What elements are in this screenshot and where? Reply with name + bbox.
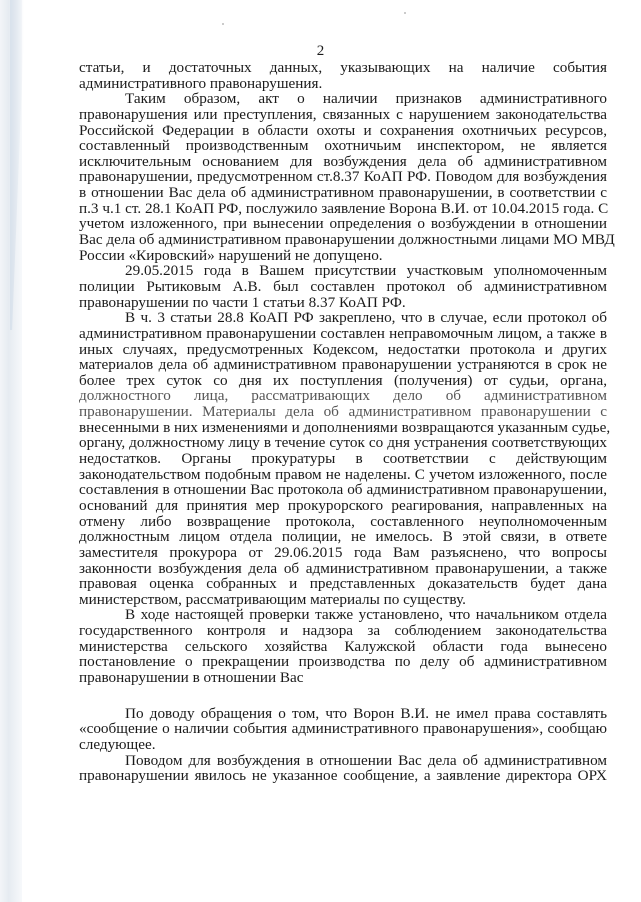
text-line: правовая оценка собранных и представленн… [79, 576, 607, 592]
text-line: правонарушении по части 1 статьи 8.37 Ко… [79, 295, 607, 311]
text-line: заместителя прокурора от 29.06.2015 года… [79, 545, 607, 561]
text-line: правонарушении, предусмотренном ст.8.37 … [79, 169, 607, 185]
text-line: статьи, и достаточных данных, указывающи… [79, 60, 607, 76]
text-line: материалов дела об административном прав… [79, 357, 607, 373]
paragraph: Таким образом, акт о наличии признаков а… [79, 91, 607, 263]
text-line: п.3 ч.1 ст. 28.1 КоАП РФ, послужило заяв… [79, 201, 607, 217]
text-line: административном правонарушении составле… [79, 326, 607, 342]
text-line: Таким образом, акт о наличии признаков а… [79, 91, 607, 107]
paragraph-gap [79, 686, 607, 706]
text-line: полиции Рытиковым А.В. был составлен про… [79, 279, 607, 295]
text-line: Российской Федерации в области охоты и с… [79, 123, 607, 139]
text-line: В ч. 3 статьи 28.8 КоАП РФ закреплено, ч… [79, 310, 607, 326]
paragraph: В ходе настоящей проверки также установл… [79, 607, 607, 685]
text-line: учетом изложенного, при вынесении опреде… [79, 216, 607, 232]
text-line: правонарушении. Материалы дела об админи… [79, 404, 607, 420]
text-line: следующее. [79, 737, 607, 753]
text-line: законности возбуждения дела об администр… [79, 561, 607, 577]
text-line: «сообщение о наличии события администрат… [79, 721, 607, 737]
document-body: статьи, и достаточных данных, указывающи… [79, 60, 607, 784]
scan-speck [222, 23, 224, 25]
text-line: административного правонарушения. [79, 76, 607, 92]
text-line: более трех суток со дня их поступления (… [79, 373, 607, 389]
paragraph: 29.05.2015 года в Вашем присутствии учас… [79, 263, 607, 310]
text-line: в отношении Вас дела об административном… [79, 185, 607, 201]
paragraph: статьи, и достаточных данных, указывающи… [79, 60, 607, 91]
text-line: иных случаях, предусмотренных Кодексом, … [79, 342, 607, 358]
text-line: должностным лицом отдела полиции, не име… [79, 529, 607, 545]
text-line: В ходе настоящей проверки также установл… [79, 607, 607, 623]
text-line: Вас дела об административном правонаруше… [79, 232, 607, 248]
text-line: внесенными в них изменениями и дополнени… [79, 420, 607, 436]
text-line: правонарушении явилось не указанное сооб… [79, 768, 607, 784]
text-line: министерством, рассматривающим материалы… [79, 592, 607, 608]
paragraph: Поводом для возбуждения в отношении Вас … [79, 753, 607, 784]
text-line: правонарушения или преступления, связанн… [79, 107, 607, 123]
text-line: отмену либо возвращение протокола, соста… [79, 514, 607, 530]
text-line: постановление о прекращении производства… [79, 654, 607, 670]
text-line: По доводу обращения о том, что Ворон В.И… [79, 706, 607, 722]
text-line: недостатков. Органы прокуратуры в соотве… [79, 451, 607, 467]
text-line: составления в отношении Вас протокола об… [79, 482, 607, 498]
text-line: составленный производственным охотничьим… [79, 138, 607, 154]
page-number: 2 [0, 43, 641, 60]
text-line: оснований для принятия мер прокурорского… [79, 498, 607, 514]
text-line: должностного лица, рассматривающих дело … [79, 388, 607, 404]
text-line: России «Кировский» нарушений не допущено… [79, 248, 607, 264]
text-line: правонарушении в отношении Вас [79, 670, 607, 686]
text-line: министерства сельского хозяйства Калужск… [79, 639, 607, 655]
text-line: законодательством подобным правом не над… [79, 467, 607, 483]
paragraph: В ч. 3 статьи 28.8 КоАП РФ закреплено, ч… [79, 310, 607, 607]
paragraph: По доводу обращения о том, что Ворон В.И… [79, 706, 607, 753]
text-line: исключительным основанием для возбуждени… [79, 154, 607, 170]
scan-speck [404, 12, 406, 14]
text-line: 29.05.2015 года в Вашем присутствии учас… [79, 263, 607, 279]
text-line: государственного контроля и надзора за с… [79, 623, 607, 639]
text-line: Поводом для возбуждения в отношении Вас … [79, 753, 607, 769]
text-line: органу, должностному лицу в течение суто… [79, 435, 607, 451]
